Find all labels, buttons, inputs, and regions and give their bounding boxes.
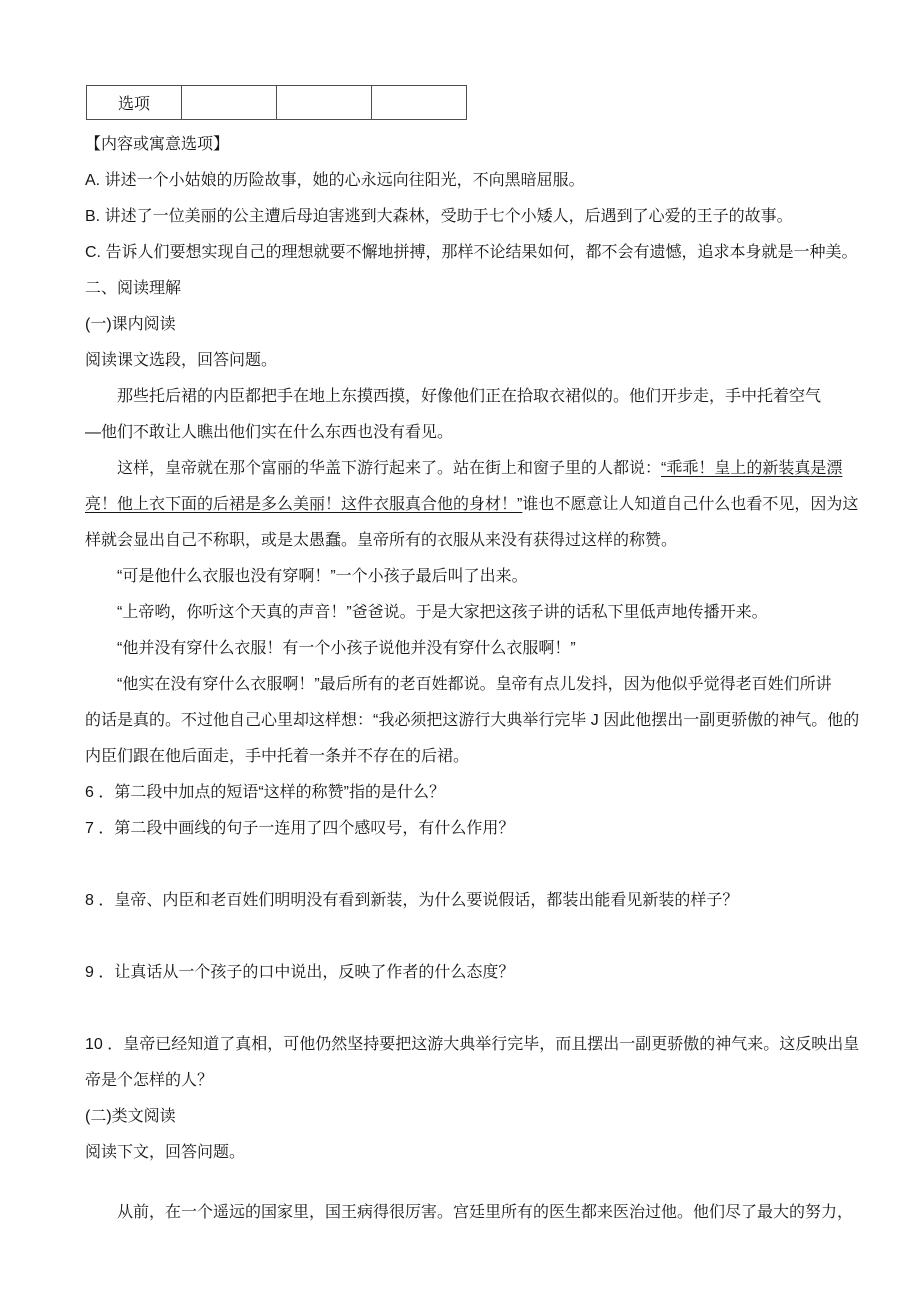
passage1-line-11: 内臣们跟在他后面走，手中托着一条并不存在的后裙。 [85, 739, 860, 775]
passage1-line-9: “他实在没有穿什么衣服啊！”最后所有的老百姓都说。皇帝有点儿发抖，因为他似乎觉得… [85, 667, 860, 703]
options-table-cell-3 [372, 86, 467, 120]
passage1-line-5: 样就会显出自己不称职，或是太愚蠢。皇帝所有的衣服从来没有获得过这样的称赞。 [85, 523, 860, 559]
subsection-1-title: (一)课内阅读 [85, 307, 860, 343]
passage1-line-1: 那些托后裙的内臣都把手在地上东摸西摸，好像他们正在拾取衣裙似的。他们开步走，手中… [85, 379, 860, 415]
options-table-row: 选项 [87, 86, 467, 120]
options-table-header-cell: 选项 [87, 86, 182, 120]
reading-instruction-2: 阅读下文，回答问题。 [85, 1135, 860, 1171]
passage1-line-3: 这样，皇帝就在那个富丽的华盖下游行起来了。站在街上和窗子里的人都说：“乖乖！皇上… [85, 451, 860, 487]
options-table: 选项 [86, 85, 467, 120]
passage1-line-7: “上帝哟，你听这个天真的声音！”爸爸说。于是大家把这孩子讲的话私下里低声地传播开… [85, 595, 860, 631]
question-10-line-2: 帝是个怎样的人？ [85, 1063, 860, 1099]
passage1-line-10: 的话是真的。不过他自己心里却这样想：“我必须把这游行大典举行完毕 J 因此他摆出… [85, 703, 860, 739]
options-table-cell-1 [182, 86, 277, 120]
reading-instruction-1: 阅读课文选段，回答问题。 [85, 343, 860, 379]
question-8: 8 ．皇帝、内臣和老百姓们明明没有看到新装，为什么要说假话，都装出能看见新装的样… [85, 883, 860, 919]
option-c: C. 告诉人们要想实现自己的理想就要不懈地拼搏，那样不论结果如何，都不会有遗憾，… [85, 235, 860, 271]
passage1-line-6: “可是他什么衣服也没有穿啊！”一个小孩子最后叫了出来。 [85, 559, 860, 595]
options-table-cell-2 [277, 86, 372, 120]
question-6: 6 ．第二段中加点的短语“这样的称赞”指的是什么？ [85, 775, 860, 811]
section-title: 二、阅读理解 [85, 271, 860, 307]
passage2-line-1: 从前，在一个遥远的国家里，国王病得很厉害。宫廷里所有的医生都来医治过他。他们尽了… [85, 1195, 860, 1231]
question-10-line-1: 10 ．皇帝已经知道了真相，可他仍然坚持要把这游大典举行完毕，而且摆出一副更骄傲… [85, 1027, 860, 1063]
option-b: B. 讲述了一位美丽的公主遭后母迫害逃到大森林，受助于七个小矮人，后遇到了心爱的… [85, 199, 860, 235]
options-heading: 【内容或寓意选项】 [85, 127, 860, 163]
passage1-line-2: —他们不敢让人瞧出他们实在什么东西也没有看见。 [85, 415, 860, 451]
subsection-2-title: (二)类文阅读 [85, 1099, 860, 1135]
underlined-quote-part-2: 亮！他上衣下面的后裙是多么美丽！这件衣服真合他的身材！” [85, 496, 522, 513]
passage1-line-8: “他并没有穿什么衣服！有一个小孩子说他并没有穿什么衣服啊！” [85, 631, 860, 667]
underlined-quote-part-1: “乖乖！皇上的新装真是漂 [661, 460, 842, 477]
passage1-line-4: 亮！他上衣下面的后裙是多么美丽！这件衣服真合他的身材！”谁也不愿意让人知道自己什… [85, 487, 860, 523]
passage1-line-3-text: 这样，皇帝就在那个富丽的华盖下游行起来了。站在街上和窗子里的人都说： [117, 460, 661, 477]
question-7: 7 ．第二段中画线的句子一连用了四个感叹号，有什么作用？ [85, 811, 860, 847]
document-page: 选项 【内容或寓意选项】 A. 讲述一个小姑娘的历险故事，她的心永远向往阳光，不… [0, 0, 920, 1301]
question-9: 9 ．让真话从一个孩子的口中说出，反映了作者的什么态度？ [85, 955, 860, 991]
option-a: A. 讲述一个小姑娘的历险故事，她的心永远向往阳光，不向黑暗屈服。 [85, 163, 860, 199]
passage1-line-4-text: 谁也不愿意让人知道自己什么也看不见，因为这 [522, 496, 858, 513]
